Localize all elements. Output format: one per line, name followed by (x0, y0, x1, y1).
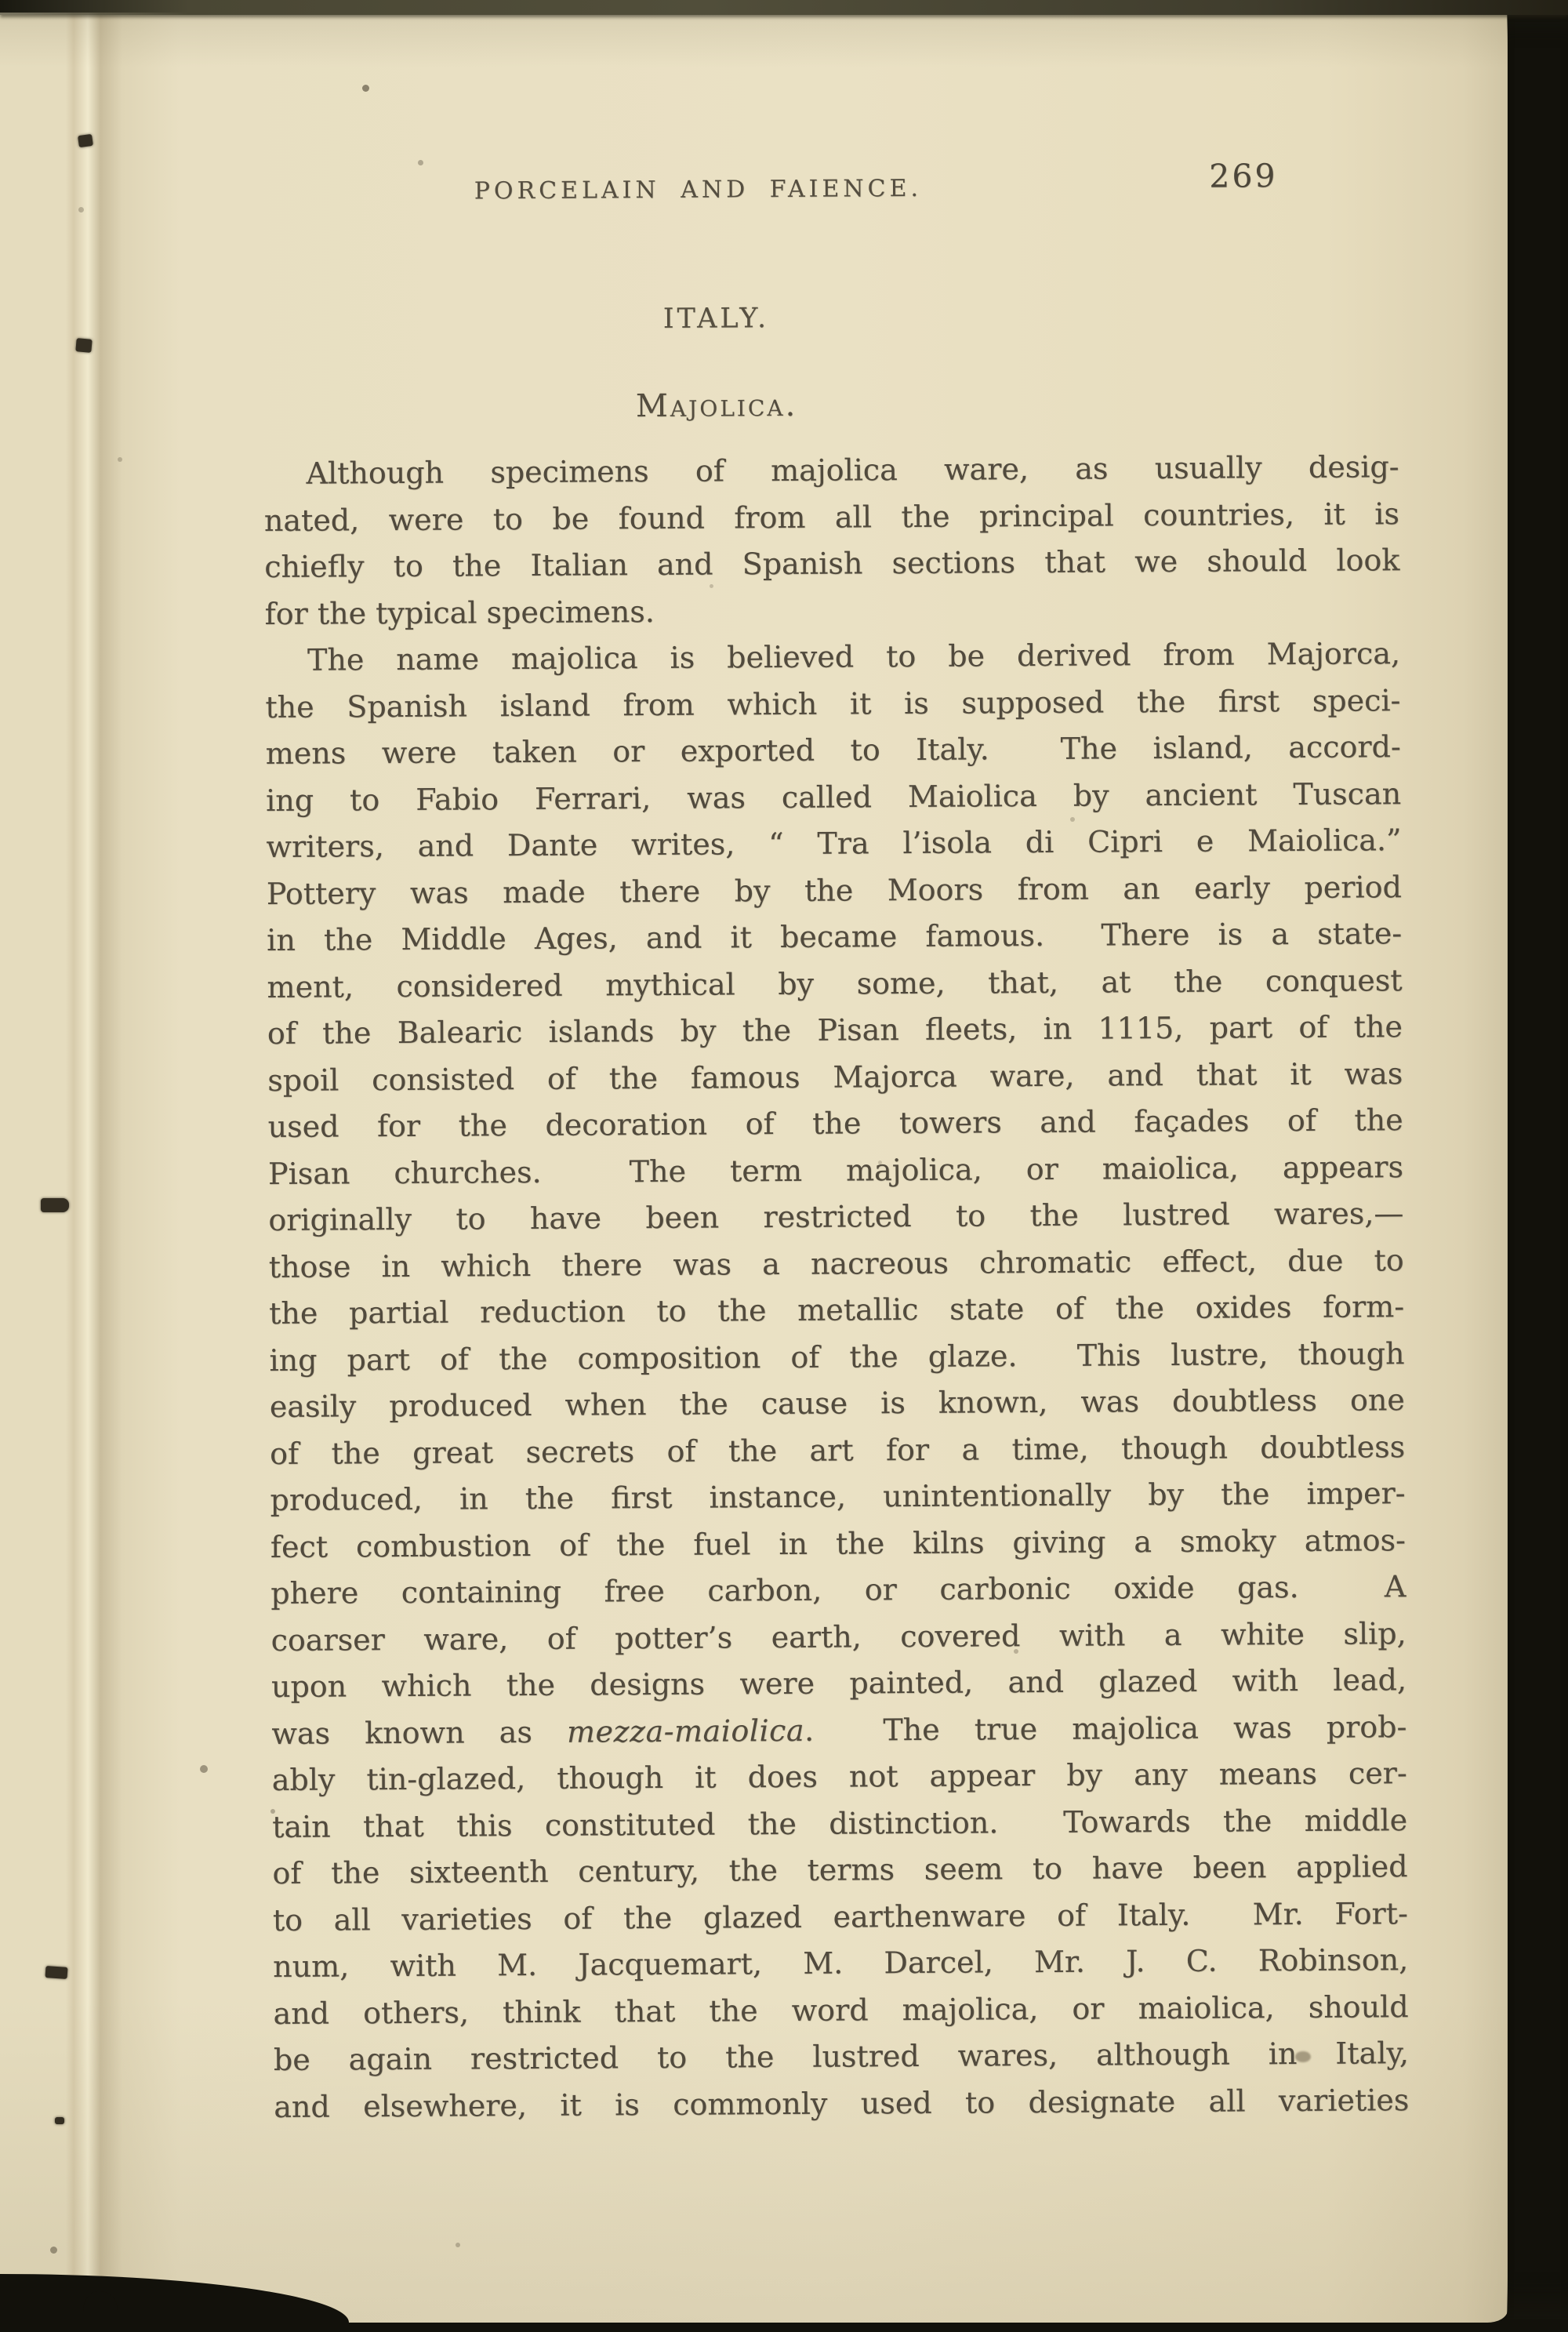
text-line: and others, think that the word majolica… (273, 1984, 1408, 2037)
text-line: originally to have been restricted to th… (268, 1190, 1403, 1244)
text-line: ably tin-glazed, though it does not appe… (272, 1750, 1407, 1803)
text-line: of the sixteenth century, the terms seem… (272, 1843, 1407, 1897)
text-line: of the great secrets of the art for a ti… (270, 1424, 1405, 1477)
text-line: the partial reduction to the metallic st… (269, 1284, 1404, 1337)
running-head: PORCELAIN AND FAIENCE. (130, 173, 1265, 207)
text-line: mens were taken or exported to Italy. Th… (266, 724, 1401, 777)
text-line: ment, considered mythical by some, that,… (267, 957, 1402, 1011)
text-line: to all varieties of the glazed earthenwa… (273, 1891, 1408, 1944)
paragraph: The name majolica is believed to be deri… (265, 630, 1410, 2130)
text-line: writers, and Dante writes, “ Tra l’isola… (266, 817, 1401, 870)
text-line: tain that this constituted the distincti… (272, 1797, 1407, 1851)
text-line: Although specimens of majolica ware, as … (263, 444, 1399, 497)
text-line: produced, in the first instance, uninten… (270, 1470, 1405, 1524)
text-line: upon which the designs were painted, and… (271, 1657, 1406, 1710)
text-line: coarser ware, of potter’s earth, covered… (271, 1611, 1406, 1664)
text-line: the Spanish island from which it is supp… (265, 677, 1400, 731)
text-line: ing part of the composition of the glaze… (269, 1331, 1404, 1384)
text-line: chiefly to the Italian and Spanish secti… (264, 537, 1399, 590)
text-line: ing to Fabio Ferrari, was called Maiolic… (266, 771, 1401, 824)
text-line: in the Middle Ages, and it became famous… (267, 910, 1402, 964)
page-content: PORCELAIN AND FAIENCE. 269 ITALY. Majoli… (0, 0, 1568, 2332)
text-line: Pottery was made there by the Moors from… (267, 864, 1402, 917)
gutter-bottom-notch (83, 2291, 118, 2326)
book-scan: PORCELAIN AND FAIENCE. 269 ITALY. Majoli… (0, 0, 1568, 2332)
body-text: Although specimens of majolica ware, as … (263, 444, 1409, 2130)
text-line: those in which there was a nacreous chro… (269, 1237, 1404, 1291)
text-line: nated, were to be found from all the pri… (264, 491, 1399, 544)
section-heading: ITALY. (148, 300, 1283, 338)
text-line: Pisan churches. The term majolica, or ma… (268, 1144, 1403, 1197)
text-line: for the typical specimens. (265, 584, 1400, 637)
text-line: phere containing free carbon, or carboni… (270, 1564, 1406, 1617)
text-line: spoil consisted of the famous Majorca wa… (267, 1051, 1403, 1104)
paragraph: Although specimens of majolica ware, as … (263, 444, 1399, 637)
text-line: num, with M. Jacquemart, M. Darcel, Mr. … (273, 1937, 1408, 1990)
text-line: The name majolica is believed to be deri… (265, 630, 1400, 684)
page-edge-stack (1507, 5, 1568, 2319)
page-number: 269 (1209, 157, 1278, 195)
text-line: used for the decoration of the towers an… (268, 1097, 1403, 1150)
text-line: easily produced when the cause is known,… (270, 1377, 1405, 1430)
text-line: of the Balearic islands by the Pisan fle… (267, 1004, 1403, 1057)
subsection-heading: Majolica. (149, 384, 1284, 427)
book-cover-top-edge (0, 0, 1568, 15)
text-line: and elsewhere, it is commonly used to de… (274, 2077, 1409, 2130)
text-line: fect combustion of the fuel in the kilns… (270, 1517, 1406, 1571)
text-line: was known as mezza-maiolica. The true ma… (271, 1704, 1406, 1757)
text-line: be again restricted to the lustred wares… (274, 2030, 1409, 2083)
